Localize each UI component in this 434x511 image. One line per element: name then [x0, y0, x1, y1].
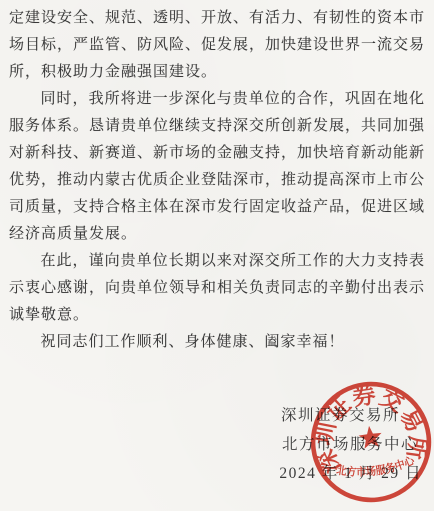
- paragraph-thanks: 在此，谨向贵单位长期以来对深交所工作的大力支持表示衷心感谢，向贵单位领导和相关负…: [9, 248, 425, 329]
- signature-org: 深圳证券交易所: [279, 401, 422, 430]
- signature-date: 2024 年 1 月 29 日: [279, 459, 422, 488]
- paragraph-continuation: 定建设安全、规范、透明、开放、有活力、有韧性的资本市场目标，严监管、防风险、促发…: [9, 5, 425, 86]
- letter-body: 定建设安全、规范、透明、开放、有活力、有韧性的资本市场目标，严监管、防风险、促发…: [9, 5, 425, 356]
- paragraph-cooperation: 同时，我所将进一步深化与贵单位的合作，巩固在地化服务体系。恳请贵单位继续支持深交…: [9, 86, 425, 248]
- signature-block: 深圳证券交易所 北方市场服务中心 2024 年 1 月 29 日: [279, 401, 422, 488]
- signature-department: 北方市场服务中心: [279, 430, 422, 459]
- paragraph-wishes: 祝同志们工作顺利、身体健康、阖家幸福！: [9, 329, 425, 356]
- letter-page: 定建设安全、规范、透明、开放、有活力、有韧性的资本市场目标，严监管、防风险、促发…: [0, 0, 434, 511]
